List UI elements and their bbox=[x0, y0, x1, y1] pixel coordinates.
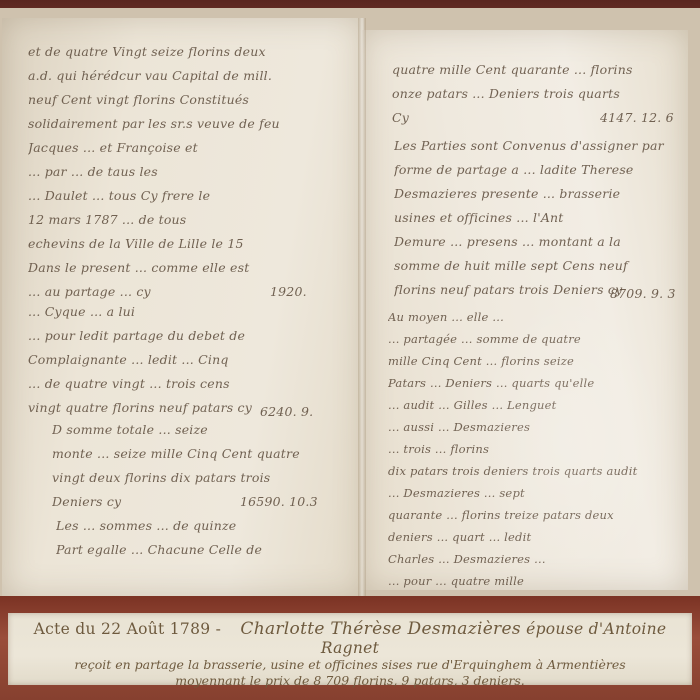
left-page-handwriting-bottom: Les ... sommes ... de quinze Part egalle… bbox=[56, 514, 346, 562]
right-page-handwriting-lower: Au moyen ... elle ... ... partagée ... s… bbox=[388, 306, 688, 592]
handwritten-line: solidairement par les sr.s veuve de feu bbox=[28, 112, 346, 136]
handwritten-line: onze patars ... Deniers trois quarts bbox=[392, 82, 688, 106]
caption-plaque: Acte du 22 Août 1789 - Charlotte Thérèse… bbox=[8, 613, 692, 685]
handwritten-line: Au moyen ... elle ... bbox=[388, 306, 688, 328]
handwritten-line: monte ... seize mille Cinq Cent quatre bbox=[52, 442, 342, 466]
caption-name: Charlotte Thérèse Desmazières bbox=[240, 619, 520, 639]
handwritten-line: forme de partage a ... ladite Therese bbox=[394, 158, 688, 182]
caption-line-3: moyennant le prix de 8 709 florins, 9 pa… bbox=[8, 673, 692, 689]
handwritten-line: usines et officines ... l'Ant bbox=[394, 206, 688, 230]
handwritten-line: ... pour ... quatre mille bbox=[388, 570, 688, 592]
handwritten-line: D somme totale ... seize bbox=[52, 418, 342, 442]
handwritten-line: ... aussi ... Desmazieres bbox=[388, 416, 688, 438]
handwritten-line: quarante ... florins treize patars deux bbox=[388, 504, 688, 526]
right-page-handwriting-middle: Les Parties sont Convenus d'assigner par… bbox=[394, 134, 688, 302]
handwritten-line: Part egalle ... Chacune Celle de bbox=[56, 538, 346, 562]
handwritten-line: a.d. qui hérédcur vau Capital de mill. bbox=[28, 64, 346, 88]
handwritten-line: Patars ... Deniers ... quarts qu'elle bbox=[388, 372, 688, 394]
handwritten-line: ... de quatre vingt ... trois cens bbox=[28, 372, 346, 396]
handwritten-line: 12 mars 1787 ... de tous bbox=[28, 208, 346, 232]
caption-act-date: Acte du 22 Août 1789 - bbox=[34, 620, 222, 638]
handwritten-line: Demure ... presens ... montant a la bbox=[394, 230, 688, 254]
handwritten-line: Charles ... Desmazieres ... bbox=[388, 548, 688, 570]
caption-line-1: Acte du 22 Août 1789 - Charlotte Thérèse… bbox=[8, 619, 692, 657]
handwritten-line: ... partagée ... somme de quatre bbox=[388, 328, 688, 350]
handwritten-line: somme de huit mille sept Cens neuf bbox=[394, 254, 688, 278]
handwritten-line: vingt deux florins dix patars trois bbox=[52, 466, 342, 490]
handwritten-line: dix patars trois deniers trois quarts au… bbox=[388, 460, 688, 482]
handwritten-line: ... trois ... florins bbox=[388, 438, 688, 460]
right-amount-1: 4147. 12. 6 bbox=[600, 106, 690, 130]
handwritten-line: Complaignante ... ledit ... Cinq bbox=[28, 348, 346, 372]
caption-line-2: reçoit en partage la brasserie, usine et… bbox=[8, 657, 692, 673]
handwritten-line: ... Daulet ... tous Cy frere le bbox=[28, 184, 346, 208]
page-fold bbox=[358, 18, 366, 596]
handwritten-line: Jacques ... et Françoise et bbox=[28, 136, 346, 160]
handwritten-line: quatre mille Cent quarante ... florins bbox=[392, 58, 688, 82]
left-page-handwriting: et de quatre Vingt seize florins deux a.… bbox=[28, 40, 346, 304]
handwritten-line: Les Parties sont Convenus d'assigner par bbox=[394, 134, 688, 158]
left-amount-3: 16590. 10.3 bbox=[240, 490, 340, 514]
handwritten-line: ... Desmazieres ... sept bbox=[388, 482, 688, 504]
handwritten-line: ... audit ... Gilles ... Lenguet bbox=[388, 394, 688, 416]
handwritten-line: Desmazieres presente ... brasserie bbox=[394, 182, 688, 206]
handwritten-line: Les ... sommes ... de quinze bbox=[56, 514, 346, 538]
handwritten-line: et de quatre Vingt seize florins deux bbox=[28, 40, 346, 64]
handwritten-line: mille Cinq Cent ... florins seize bbox=[388, 350, 688, 372]
handwritten-line: ... Cyque ... a lui bbox=[28, 300, 346, 324]
handwritten-line: ... par ... de taus les bbox=[28, 160, 346, 184]
right-amount-2: 8709. 9. 3 bbox=[610, 282, 690, 306]
handwritten-line: neuf Cent vingt florins Constitués bbox=[28, 88, 346, 112]
handwritten-line: echevins de la Ville de Lille le 15 bbox=[28, 232, 346, 256]
handwritten-line: ... pour ledit partage du debet de bbox=[28, 324, 346, 348]
handwritten-line: Dans le present ... comme elle est bbox=[28, 256, 346, 280]
handwritten-line: deniers ... quart ... ledit bbox=[388, 526, 688, 548]
